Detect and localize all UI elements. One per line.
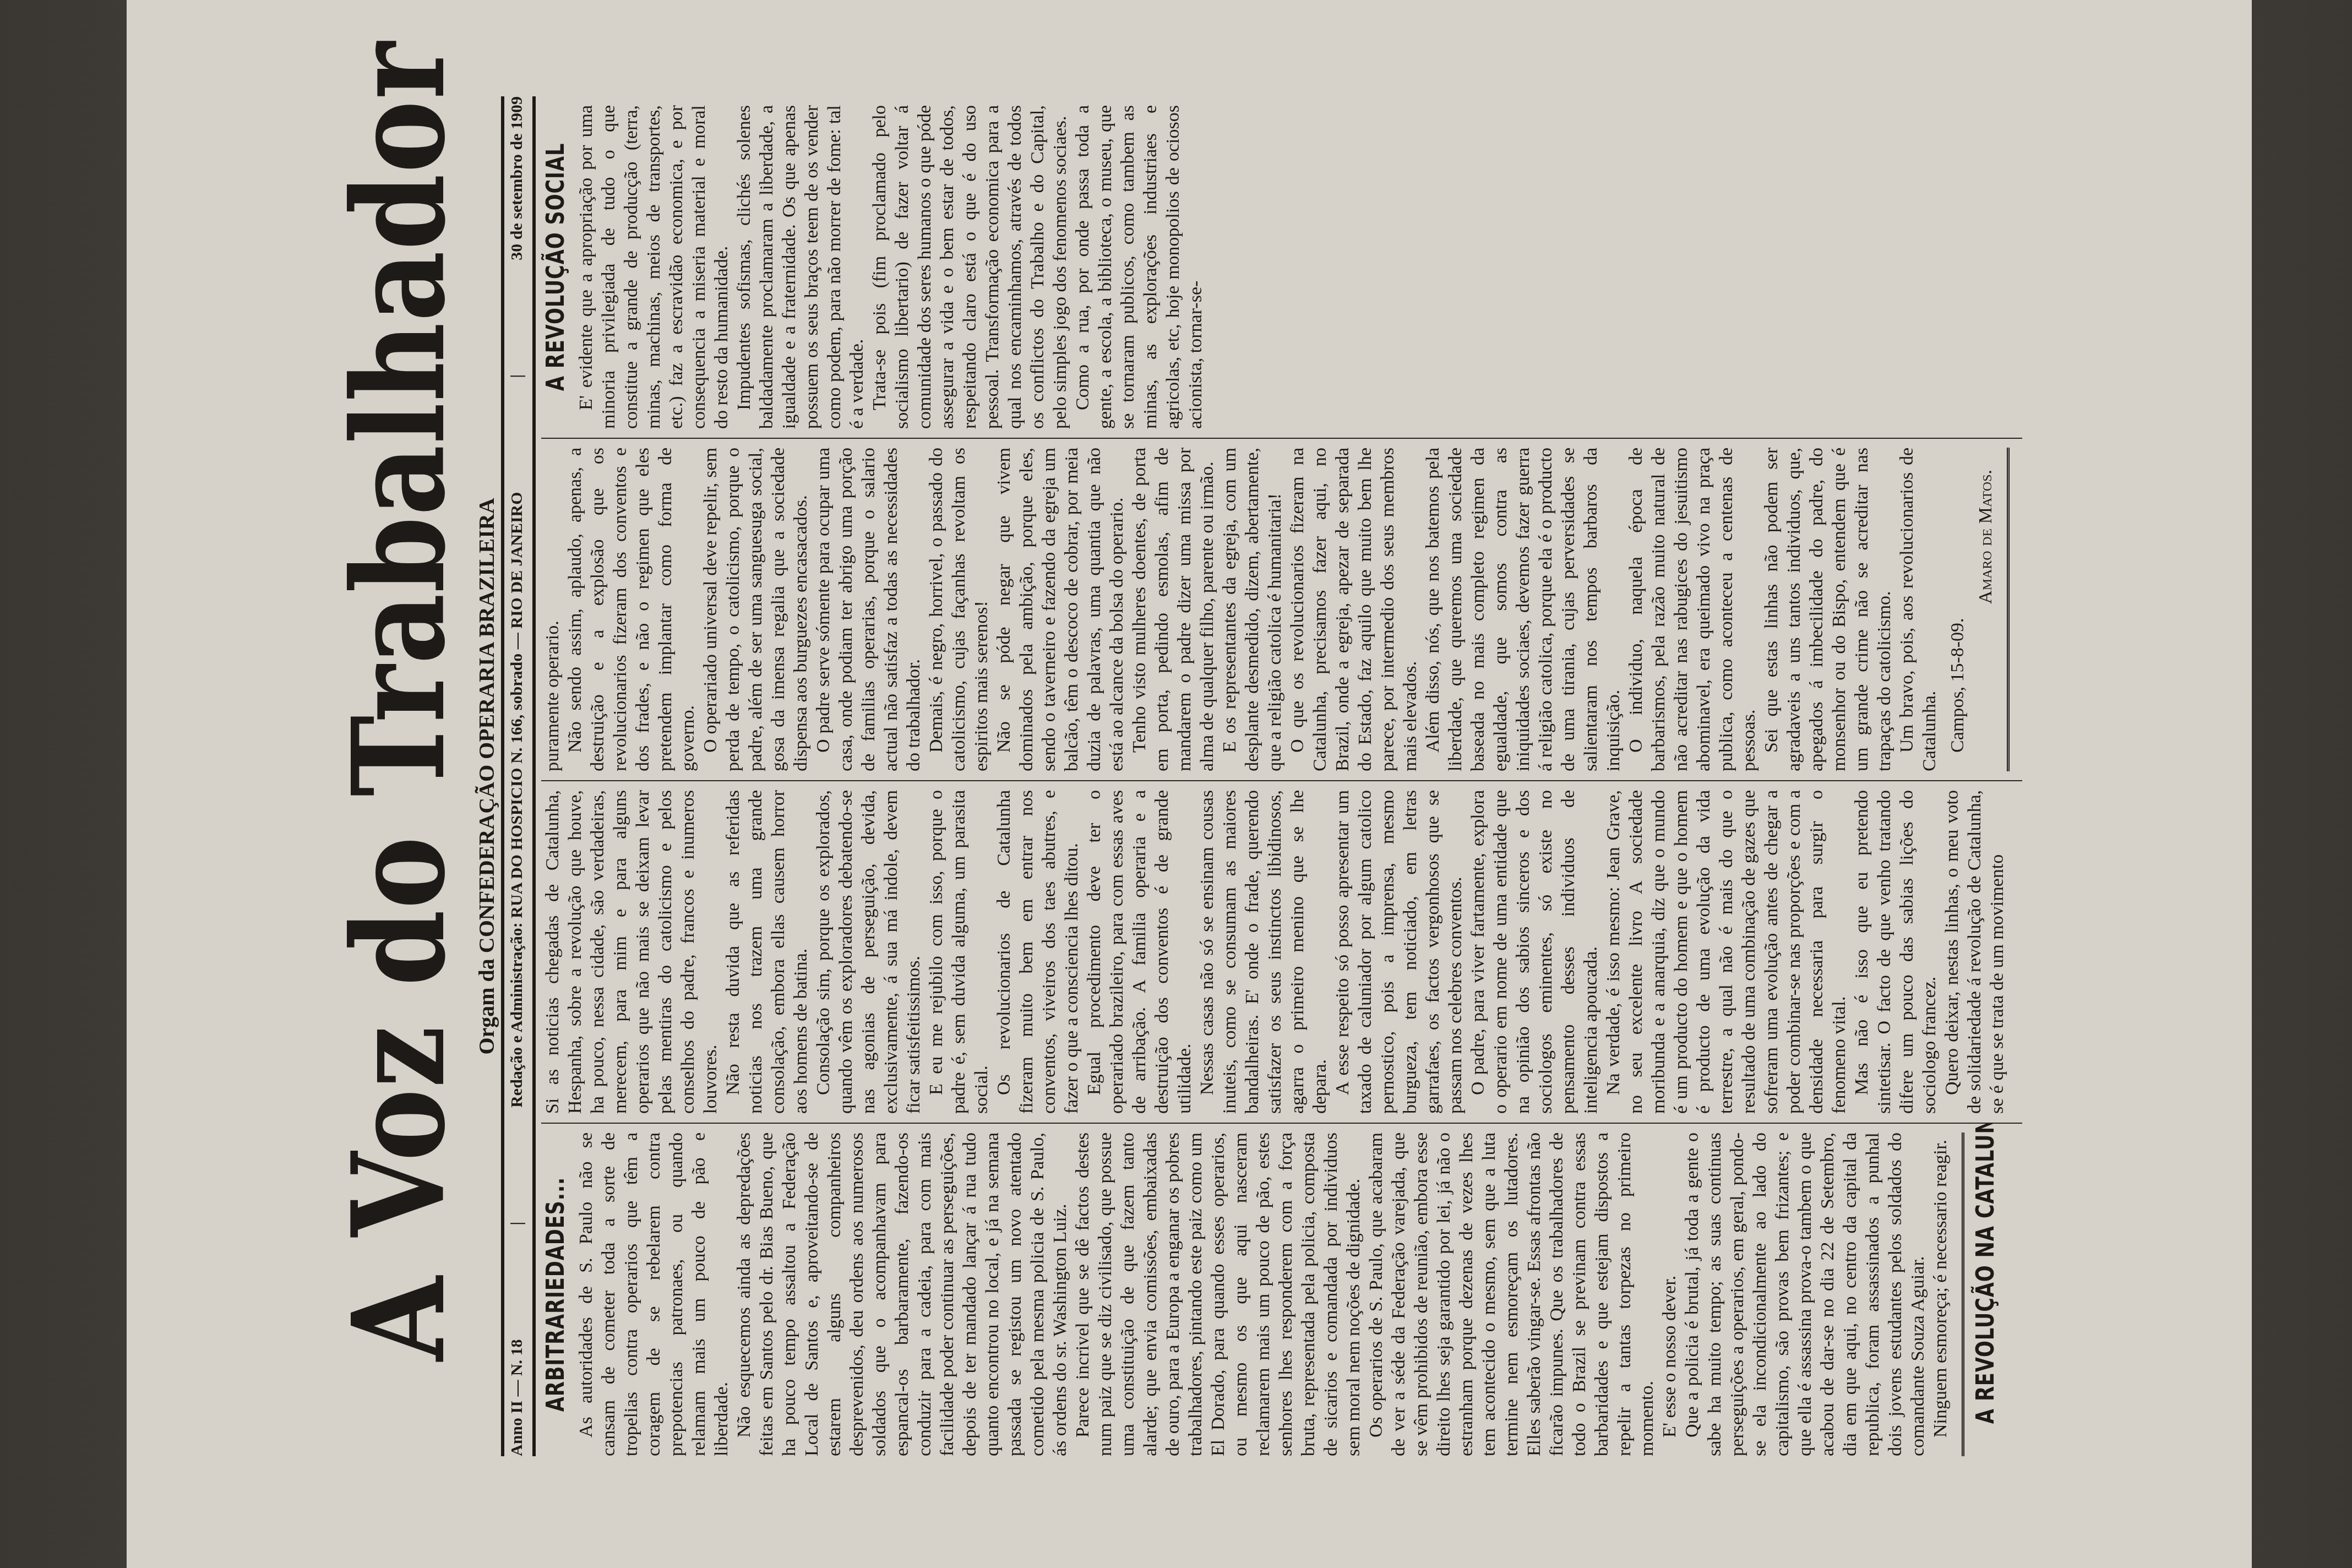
newspaper-subtitle: Orgam da CONFEDERAÇÃO OPERARIA BRAZILEIR… [473,96,499,1456]
article-paragraph: E os representantes da egreja, com um de… [1218,448,1286,771]
article-paragraph: puramente operario. [541,448,564,771]
issue-number: Anno II — N. 18 [508,1339,526,1456]
article-paragraph: Um bravo, pois, aos revolucionarios de C… [1896,448,1941,771]
article-paragraph: Os revolucionarios de Catalunha fizeram … [993,790,1083,1114]
column-3: puramente operario.Não sendo assim, apla… [541,439,2022,781]
article-signature: Amaro de Matos. [1974,470,1997,771]
article-paragraph: Na verdade, é isso mesmo: Jean Grave, no… [1602,790,1850,1114]
article-paragraph: Os operarios de S. Paulo, que acabaram d… [1365,1133,1658,1456]
article-paragraph: Sei que estas linhas não podem ser agrad… [1760,448,1896,771]
article-paragraph: Não resta duvida que as referidas notici… [722,790,812,1114]
masthead-rule-bottom [532,96,536,1456]
article-paragraph: O operariado universal deve repelir, sem… [699,448,812,771]
column-4: A REVOLUÇÃO SOCIALE' evidente que a apro… [541,96,2022,439]
issue-date: 30 de setembro de 1909 [508,96,526,260]
article-headline: A REVOLUÇÃO NA CATALUNHA [1974,1165,1997,1424]
column-1: ARBITRARIEDADES...As autoridades de S. P… [541,1124,2022,1456]
divider: | [508,374,526,378]
article-paragraph: Si as noticias chegadas de Catalunha, He… [541,790,722,1114]
article-paragraph: Quero deixar, nestas linhas, o meu voto … [1941,790,2008,1114]
article-paragraph: E' evidente que a apropriação por uma mi… [575,105,733,429]
article-paragraph: A esse respeito só posso apresentar um t… [1331,790,1467,1114]
newspaper-page: A Voz do Trabalhador Orgam da CONFEDERAÇ… [333,96,2029,1456]
article-paragraph: Impudentes sofismas, clichés solenes bal… [733,105,868,429]
article-paragraph: Além disso, nós, que nos batemos pela li… [1422,448,1625,771]
article-headline: A REVOLUÇÃO SOCIAL [545,138,567,396]
article-paragraph: Parece incrivel que se dê factos destes … [1071,1133,1365,1456]
article-paragraph: Não se póde negar que vivem dominados pe… [993,448,1128,771]
article-paragraph: Demais, é negro, horrivel, o passado do … [925,448,993,771]
article-paragraph: Não esquecemos ainda as depredações feit… [733,1133,1071,1456]
article-paragraph: Mas não é isso que eu pretendo sintetisa… [1850,790,1941,1114]
article-paragraph: Que a policia é brutal, já toda a gente … [1681,1133,1929,1456]
article-paragraph: As autoridades de S. Paulo não se cansam… [575,1133,733,1456]
divider: | [508,1222,526,1226]
article-paragraph: Tenho visto mulheres doentes, de porta e… [1128,448,1218,771]
article-divider [1962,1133,1964,1456]
article-paragraph: E' esse o nosso dever. [1658,1133,1681,1456]
article-paragraph: Não sendo assim, aplaudo, apenas, a dest… [564,448,699,771]
article-divider [2007,448,2010,771]
masthead-rule-top [501,96,504,1456]
article-paragraph: Egual procedimento deve ter o operariado… [1083,790,1196,1114]
article-columns: ARBITRARIEDADES...As autoridades de S. P… [541,96,2022,1456]
article-paragraph: O que os revolucionarios fizeram na Cata… [1286,448,1422,771]
article-paragraph: O padre, para viver fartamente, explora … [1467,790,1602,1114]
address: Redação e Administração: RUA DO HOSPICIO… [508,492,526,1107]
issue-info-bar: Anno II — N. 18 | Redação e Administraçã… [505,96,529,1456]
article-dateline: Campos, 15-8-09. [1946,448,1969,771]
article-paragraph: Consolação sim, porque os explorados, qu… [812,790,925,1114]
article-paragraph: E eu me rejubilo com isso, porque o padr… [925,790,993,1114]
article-headline: ARBITRARIEDADES... [545,1165,567,1424]
newspaper-title: A Voz do Trabalhador [333,192,465,1361]
article-paragraph: O individuo, naquela época de barbarismo… [1625,448,1760,771]
article-paragraph: O padre serve sómente para ocupar uma ca… [812,448,925,771]
article-paragraph: Ninguem esmoreça; é necessario reagir. [1929,1133,1952,1456]
article-paragraph: Como a rua, por onde passa toda a gente,… [1071,105,1207,429]
column-2: Si as noticias chegadas de Catalunha, He… [541,781,2022,1124]
article-paragraph: Nessas casas não só se ensinam cousas in… [1196,790,1331,1114]
masthead: A Voz do Trabalhador [333,96,465,1456]
article-paragraph: Trata-se pois (fim proclamado pelo socia… [868,105,1071,429]
